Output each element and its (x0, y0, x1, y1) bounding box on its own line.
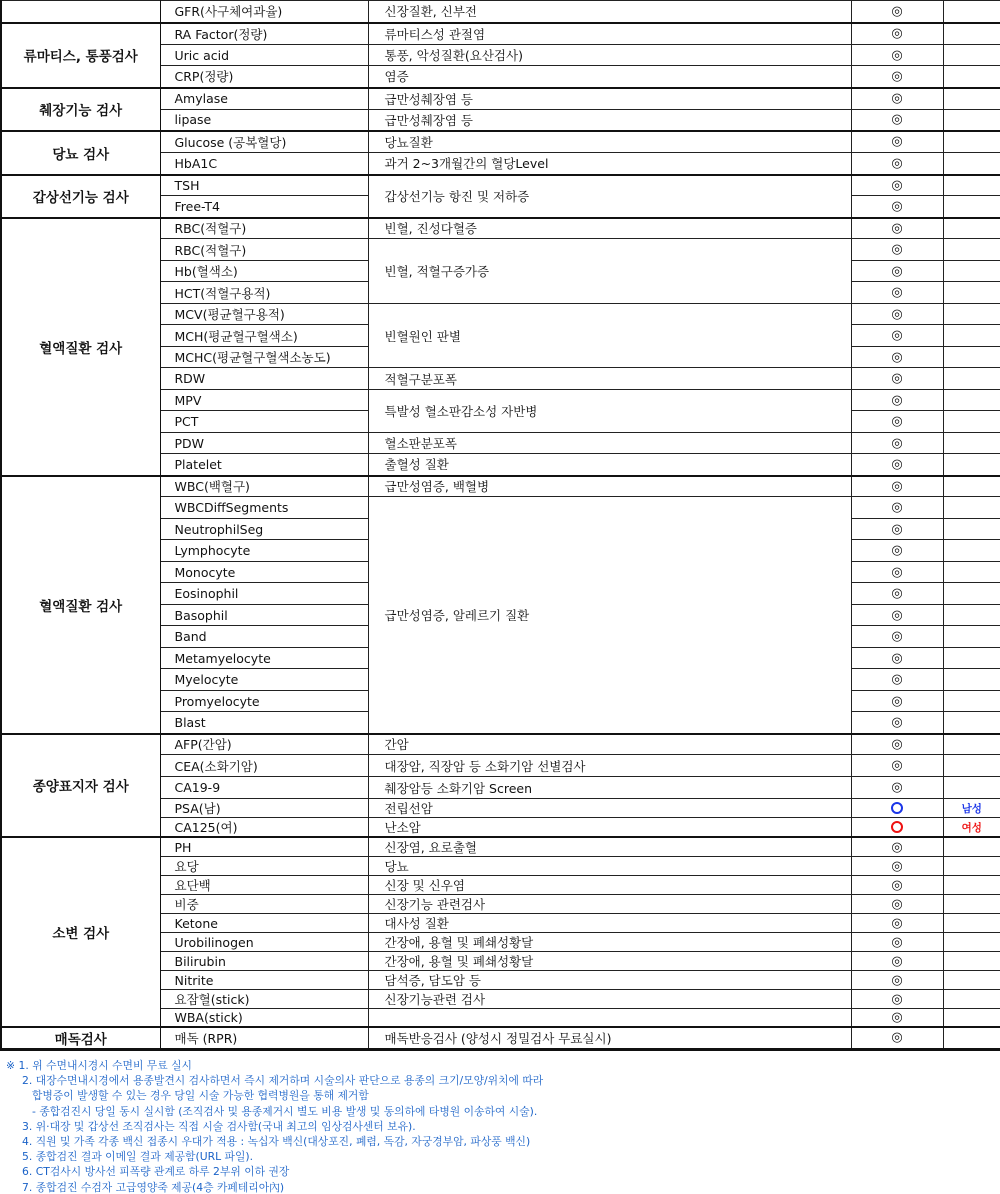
test-description: 빈혈원인 판별 (368, 304, 851, 368)
test-name: Metamyelocyte (160, 648, 368, 669)
test-description: 급만성췌장염 등 (368, 110, 851, 131)
test-description: 빈혈, 적혈구증가증 (368, 239, 851, 304)
note-cell (943, 175, 1000, 196)
exam-items-table: GFR(사구체여과율) 신장질환, 신부전 ◎ 류마티스, 통풍검사 RA Fa… (0, 0, 1000, 1051)
included-mark-icon: ◎ (851, 110, 943, 131)
included-mark-icon: ◎ (851, 175, 943, 196)
included-mark-icon: ◎ (851, 454, 943, 476)
note-cell (943, 153, 1000, 175)
test-description: 급만성췌장염 등 (368, 88, 851, 110)
note-cell (943, 1009, 1000, 1027)
note-cell (943, 734, 1000, 755)
test-description: 췌장암등 소화기암 Screen (368, 777, 851, 799)
test-description: 과거 2~3개월간의 혈당Level (368, 153, 851, 175)
test-description: 당뇨 (368, 857, 851, 876)
included-mark-icon: ◎ (851, 476, 943, 497)
test-description: 간장애, 용혈 및 폐쇄성황달 (368, 933, 851, 952)
included-mark-icon: ◎ (851, 1, 943, 23)
footnote-5: 5. 종합검진 결과 이메일 결과 제공함(URL 파일). (6, 1149, 996, 1164)
included-mark-icon: ◎ (851, 540, 943, 562)
test-name: RBC(적혈구) (160, 239, 368, 261)
note-cell (943, 1027, 1000, 1050)
reference-mark-icon: ※ (6, 1059, 15, 1072)
test-name: GFR(사구체여과율) (160, 1, 368, 23)
category-blood-wbc: 혈액질환 검사 (1, 476, 160, 734)
category-diabetes: 당뇨 검사 (1, 131, 160, 175)
note-cell (943, 497, 1000, 519)
test-name: MCH(평균혈구혈색소) (160, 325, 368, 347)
test-name: WBA(stick) (160, 1009, 368, 1027)
note-cell (943, 777, 1000, 799)
test-name: MCHC(평균혈구혈색소농도) (160, 347, 368, 368)
included-mark-icon: ◎ (851, 304, 943, 325)
note-cell (943, 519, 1000, 540)
included-mark-icon: ◎ (851, 990, 943, 1009)
test-name: PCT (160, 411, 368, 433)
included-mark-icon: ◎ (851, 497, 943, 519)
note-cell (943, 669, 1000, 691)
included-mark-icon: ◎ (851, 519, 943, 540)
included-mark-icon: ◎ (851, 914, 943, 933)
included-mark-icon: ◎ (851, 605, 943, 626)
note-cell (943, 239, 1000, 261)
test-name: Monocyte (160, 562, 368, 583)
test-name: Blast (160, 712, 368, 734)
footnote-3: 3. 위·대장 및 갑상선 조직검사는 직접 시술 검사함(국내 최고의 임상검… (6, 1119, 996, 1134)
footnote-1: ※ 1. 위 수면내시경시 수면비 무료 실시 (6, 1058, 996, 1073)
test-description: 간장애, 용혈 및 폐쇄성황달 (368, 952, 851, 971)
included-mark-icon: ◎ (851, 933, 943, 952)
test-description: 당뇨질환 (368, 131, 851, 153)
note-male: 남성 (943, 799, 1000, 818)
test-description: 대사성 질환 (368, 914, 851, 933)
included-mark-icon: ◎ (851, 712, 943, 734)
included-mark-icon: ◎ (851, 282, 943, 304)
included-mark-icon: ◎ (851, 583, 943, 605)
test-description: 전립선암 (368, 799, 851, 818)
test-description: 대장암, 직장암 등 소화기암 선별검사 (368, 755, 851, 777)
test-description (368, 1009, 851, 1027)
test-name: Nitrite (160, 971, 368, 990)
note-cell (943, 66, 1000, 88)
note-cell (943, 325, 1000, 347)
included-mark-icon: ◎ (851, 325, 943, 347)
test-description: 담석증, 담도암 등 (368, 971, 851, 990)
note-cell (943, 914, 1000, 933)
note-cell (943, 218, 1000, 239)
note-cell (943, 433, 1000, 454)
test-name: HCT(적혈구용적) (160, 282, 368, 304)
note-cell (943, 45, 1000, 66)
test-name: Glucose (공복혈당) (160, 131, 368, 153)
test-name: Band (160, 626, 368, 648)
included-mark-icon: ◎ (851, 777, 943, 799)
note-cell (943, 88, 1000, 110)
category-blood-rbc: 혈액질환 검사 (1, 218, 160, 476)
test-name: Myelocyte (160, 669, 368, 691)
test-description: 특발성 혈소판감소성 자반병 (368, 390, 851, 433)
test-name: CA19-9 (160, 777, 368, 799)
test-name: Basophil (160, 605, 368, 626)
included-mark-icon: ◎ (851, 755, 943, 777)
included-mark-icon: ◎ (851, 562, 943, 583)
test-description: 간암 (368, 734, 851, 755)
test-description: 혈소판분포폭 (368, 433, 851, 454)
note-cell (943, 476, 1000, 497)
test-description: 류마티스성 관절염 (368, 23, 851, 45)
test-name: Eosinophil (160, 583, 368, 605)
test-name: Urobilinogen (160, 933, 368, 952)
test-name: NeutrophilSeg (160, 519, 368, 540)
included-mark-icon: ◎ (851, 45, 943, 66)
note-cell (943, 562, 1000, 583)
test-name: PDW (160, 433, 368, 454)
test-name: RDW (160, 368, 368, 390)
note-cell (943, 876, 1000, 895)
test-description: 신장기능 관련검사 (368, 895, 851, 914)
note-cell (943, 347, 1000, 368)
included-mark-icon: ◎ (851, 433, 943, 454)
test-description: 통풍, 악성질환(요산검사) (368, 45, 851, 66)
included-mark-icon: ◎ (851, 368, 943, 390)
footnote-2-cont: 합병증이 발생할 수 있는 경우 당일 시술 가능한 협력병원을 통해 제거함 (6, 1088, 996, 1103)
test-name: 요단백 (160, 876, 368, 895)
note-cell (943, 933, 1000, 952)
test-name: RA Factor(정량) (160, 23, 368, 45)
included-mark-icon: ◎ (851, 390, 943, 411)
included-mark-icon: ◎ (851, 66, 943, 88)
included-mark-icon: ◎ (851, 347, 943, 368)
note-cell (943, 390, 1000, 411)
category-tumor-markers: 종양표지자 검사 (1, 734, 160, 838)
test-name: lipase (160, 110, 368, 131)
test-description: 염증 (368, 66, 851, 88)
note-cell (943, 368, 1000, 390)
note-cell (943, 583, 1000, 605)
note-cell (943, 648, 1000, 669)
test-description: 신장질환, 신부전 (368, 1, 851, 23)
test-name: Lymphocyte (160, 540, 368, 562)
test-name: Bilirubin (160, 952, 368, 971)
category-urine: 소변 검사 (1, 837, 160, 1027)
footnote-6: 6. CT검사시 방사선 피폭량 관계로 하루 2부위 이하 권장 (6, 1164, 996, 1179)
test-name: CEA(소화기암) (160, 755, 368, 777)
included-mark-icon: ◎ (851, 1027, 943, 1050)
note-cell (943, 837, 1000, 857)
note-cell (943, 411, 1000, 433)
test-description: 급만성염증, 백혈병 (368, 476, 851, 497)
included-mark-icon: ◎ (851, 196, 943, 218)
note-cell (943, 691, 1000, 712)
test-name: 매독 (RPR) (160, 1027, 368, 1050)
test-description: 갑상선기능 항진 및 저하증 (368, 175, 851, 218)
test-description: 난소암 (368, 818, 851, 838)
included-mark-icon: ◎ (851, 131, 943, 153)
category-syphilis: 매독검사 (1, 1027, 160, 1050)
test-description: 신장기능관련 검사 (368, 990, 851, 1009)
footnote-2-sub: - 종합검진시 당일 동시 실시함 (조직검사 및 용종제거시 별도 비용 발생… (6, 1104, 996, 1119)
note-cell (943, 196, 1000, 218)
footnote-2: 2. 대장수면내시경에서 용종발견시 검사하면서 즉시 제거하며 시술의사 판단… (6, 1073, 996, 1088)
note-female: 여성 (943, 818, 1000, 838)
note-cell (943, 857, 1000, 876)
note-cell (943, 990, 1000, 1009)
included-mark-icon: ◎ (851, 837, 943, 857)
test-name: PSA(남) (160, 799, 368, 818)
included-mark-icon: ◎ (851, 669, 943, 691)
included-mark-icon: ◎ (851, 239, 943, 261)
test-description: 빈혈, 진성다혈증 (368, 218, 851, 239)
note-cell (943, 261, 1000, 282)
note-cell (943, 952, 1000, 971)
test-name: Ketone (160, 914, 368, 933)
test-description: 매독반응검사 (양성시 정밀검사 무료실시) (368, 1027, 851, 1050)
test-name: PH (160, 837, 368, 857)
test-name: Amylase (160, 88, 368, 110)
included-mark-icon: ◎ (851, 1009, 943, 1027)
category-thyroid: 갑상선기능 검사 (1, 175, 160, 218)
footnote-7: 7. 종합검진 수검자 고급영양죽 제공(4층 카페테리아內) (6, 1180, 996, 1194)
test-name: MPV (160, 390, 368, 411)
test-name: RBC(적혈구) (160, 218, 368, 239)
footnote-4: 4. 직원 및 가족 각종 백신 접종시 우대가 적용 : 녹십자 백신(대상포… (6, 1134, 996, 1149)
note-cell (943, 23, 1000, 45)
test-description: 신장염, 요로출혈 (368, 837, 851, 857)
included-mark-icon: ◎ (851, 734, 943, 755)
test-description: 적혈구분포폭 (368, 368, 851, 390)
test-name: CA125(여) (160, 818, 368, 838)
included-mark-icon: ◎ (851, 648, 943, 669)
note-cell (943, 454, 1000, 476)
test-name: WBCDiffSegments (160, 497, 368, 519)
test-name: 요잠혈(stick) (160, 990, 368, 1009)
note-cell (943, 1, 1000, 23)
test-name: TSH (160, 175, 368, 196)
test-name: CRP(정량) (160, 66, 368, 88)
test-name: AFP(간암) (160, 734, 368, 755)
test-name: HbA1C (160, 153, 368, 175)
note-cell (943, 282, 1000, 304)
included-mark-icon: ◎ (851, 411, 943, 433)
category-rheumatism: 류마티스, 통풍검사 (1, 23, 160, 88)
test-name: 비중 (160, 895, 368, 914)
included-mark-icon: ◎ (851, 261, 943, 282)
included-mark-icon: ◎ (851, 153, 943, 175)
footnotes: ※ 1. 위 수면내시경시 수면비 무료 실시 2. 대장수면내시경에서 용종발… (6, 1058, 996, 1194)
included-mark-icon: ◎ (851, 23, 943, 45)
note-cell (943, 712, 1000, 734)
test-name: Promyelocyte (160, 691, 368, 712)
note-cell (943, 110, 1000, 131)
included-mark-icon: ◎ (851, 971, 943, 990)
included-mark-icon: ◎ (851, 952, 943, 971)
included-mark-icon: ◎ (851, 876, 943, 895)
note-cell (943, 131, 1000, 153)
included-mark-icon: ◎ (851, 218, 943, 239)
test-name: WBC(백혈구) (160, 476, 368, 497)
test-description: 신장 및 신우염 (368, 876, 851, 895)
male-circle-icon (851, 799, 943, 818)
note-cell (943, 540, 1000, 562)
included-mark-icon: ◎ (851, 857, 943, 876)
note-cell (943, 626, 1000, 648)
test-description: 급만성염증, 알레르기 질환 (368, 497, 851, 734)
note-cell (943, 304, 1000, 325)
test-name: Hb(혈색소) (160, 261, 368, 282)
test-name: MCV(평균혈구용적) (160, 304, 368, 325)
female-circle-icon (851, 818, 943, 838)
included-mark-icon: ◎ (851, 88, 943, 110)
category-pancreas: 췌장기능 검사 (1, 88, 160, 131)
test-name: 요당 (160, 857, 368, 876)
test-name: Platelet (160, 454, 368, 476)
test-description: 출혈성 질환 (368, 454, 851, 476)
note-cell (943, 895, 1000, 914)
included-mark-icon: ◎ (851, 626, 943, 648)
included-mark-icon: ◎ (851, 691, 943, 712)
note-cell (943, 971, 1000, 990)
test-name: Uric acid (160, 45, 368, 66)
note-cell (943, 605, 1000, 626)
category-cell (1, 1, 160, 23)
test-name: Free-T4 (160, 196, 368, 218)
note-cell (943, 755, 1000, 777)
included-mark-icon: ◎ (851, 895, 943, 914)
